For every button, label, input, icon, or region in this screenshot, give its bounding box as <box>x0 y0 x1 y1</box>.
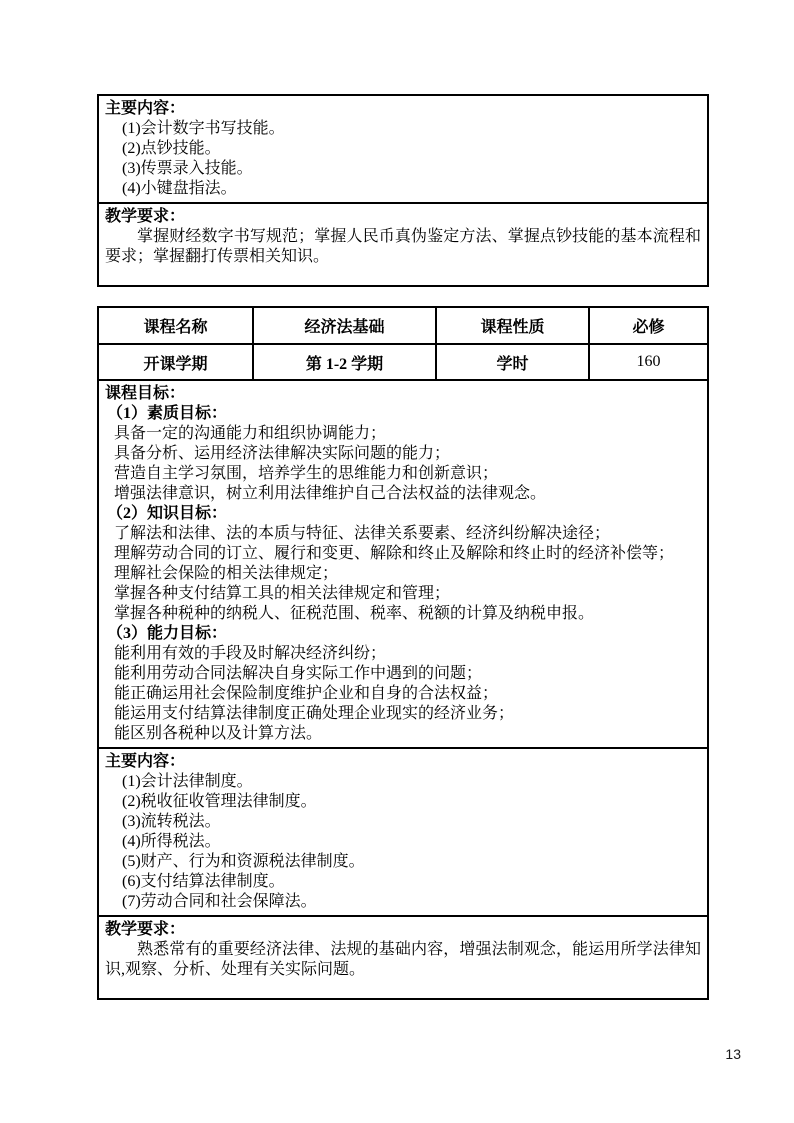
section-heading: 主要内容： <box>105 99 701 119</box>
objectives-heading: 课程目标： <box>101 384 707 404</box>
semester-value-cell: 第 1-2 学期 <box>254 345 437 379</box>
course-nature-label-cell: 课程性质 <box>437 308 590 343</box>
course-nature-value-cell: 必修 <box>590 308 707 343</box>
objective-section-title: （1）素质目标： <box>101 404 707 424</box>
list-item: (1)会计法律制度。 <box>105 772 701 792</box>
list-item: (2)税收征收管理法律制度。 <box>105 792 701 812</box>
objective-item: 能区别各税种以及计算方法。 <box>101 724 707 744</box>
requirements-text: 熟悉常有的重要经济法律、法规的基础内容，增强法制观念，能运用所学法律知识,观察、… <box>105 940 701 980</box>
section-heading: 教学要求： <box>105 207 701 227</box>
objective-item: 具备分析、运用经济法律解决实际问题的能力； <box>101 444 707 464</box>
objective-item: 能运用支付结算法律制度正确处理企业现实的经济业务； <box>101 704 707 724</box>
course-teaching-requirements-section: 教学要求： 熟悉常有的重要经济法律、法规的基础内容，增强法制观念，能运用所学法律… <box>99 915 707 998</box>
objective-item: 增强法律意识，树立利用法律维护自己合法权益的法律观念。 <box>101 484 707 504</box>
list-item: (2)点钞技能。 <box>105 139 701 159</box>
course-info-row-2: 开课学期 第 1-2 学期 学时 160 <box>99 343 707 379</box>
skills-teaching-requirements-section: 教学要求： 掌握财经数字书写规范；掌握人民币真伪鉴定方法、掌握点钞技能的基本流程… <box>99 202 707 285</box>
course-main-content-section: 主要内容： (1)会计法律制度。 (2)税收征收管理法律制度。 (3)流转税法。… <box>99 747 707 915</box>
skills-table: 主要内容： (1)会计数字书写技能。 (2)点钞技能。 (3)传票录入技能。 (… <box>97 94 709 287</box>
course-info-row-1: 课程名称 经济法基础 课程性质 必修 <box>99 308 707 343</box>
section-heading: 教学要求： <box>105 920 701 940</box>
list-item: (3)传票录入技能。 <box>105 159 701 179</box>
objective-item: 掌握各种税种的纳税人、征税范围、税率、税额的计算及纳税申报。 <box>101 604 707 624</box>
skills-main-content-section: 主要内容： (1)会计数字书写技能。 (2)点钞技能。 (3)传票录入技能。 (… <box>99 96 707 202</box>
list-item: (4)所得税法。 <box>105 832 701 852</box>
list-item: (5)财产、行为和资源税法律制度。 <box>105 852 701 872</box>
hours-value-cell: 160 <box>590 345 707 379</box>
objective-section-title: （2）知识目标： <box>101 504 707 524</box>
page-number: 13 <box>725 1046 741 1062</box>
document-page: 主要内容： (1)会计数字书写技能。 (2)点钞技能。 (3)传票录入技能。 (… <box>97 94 709 1000</box>
objective-item: 能利用有效的手段及时解决经济纠纷； <box>101 644 707 664</box>
objective-item: 理解劳动合同的订立、履行和变更、解除和终止及解除和终止时的经济补偿等； <box>101 544 707 564</box>
objective-section-title: （3）能力目标： <box>101 624 707 644</box>
course-name-value-cell: 经济法基础 <box>254 308 437 343</box>
semester-label-cell: 开课学期 <box>99 345 254 379</box>
list-item: (3)流转税法。 <box>105 812 701 832</box>
course-objectives-section: 课程目标： （1）素质目标： 具备一定的沟通能力和组织协调能力； 具备分析、运用… <box>99 379 707 747</box>
list-item: (6)支付结算法律制度。 <box>105 872 701 892</box>
objective-item: 具备一定的沟通能力和组织协调能力； <box>101 424 707 444</box>
course-table: 课程名称 经济法基础 课程性质 必修 开课学期 第 1-2 学期 学时 160 … <box>97 306 709 1000</box>
objective-item: 能利用劳动合同法解决自身实际工作中遇到的问题； <box>101 664 707 684</box>
objective-item: 掌握各种支付结算工具的相关法律规定和管理； <box>101 584 707 604</box>
section-heading: 主要内容： <box>105 752 701 772</box>
list-item: (1)会计数字书写技能。 <box>105 119 701 139</box>
hours-label-cell: 学时 <box>437 345 590 379</box>
objective-item: 能正确运用社会保险制度维护企业和自身的合法权益； <box>101 684 707 704</box>
objective-item: 营造自主学习氛围，培养学生的思维能力和创新意识； <box>101 464 707 484</box>
objective-item: 了解法和法律、法的本质与特征、法律关系要素、经济纠纷解决途径； <box>101 524 707 544</box>
objective-item: 理解社会保险的相关法律规定； <box>101 564 707 584</box>
course-name-label-cell: 课程名称 <box>99 308 254 343</box>
list-item: (7)劳动合同和社会保障法。 <box>105 892 701 912</box>
list-item: (4)小键盘指法。 <box>105 179 701 199</box>
requirements-text: 掌握财经数字书写规范；掌握人民币真伪鉴定方法、掌握点钞技能的基本流程和要求；掌握… <box>105 227 701 267</box>
